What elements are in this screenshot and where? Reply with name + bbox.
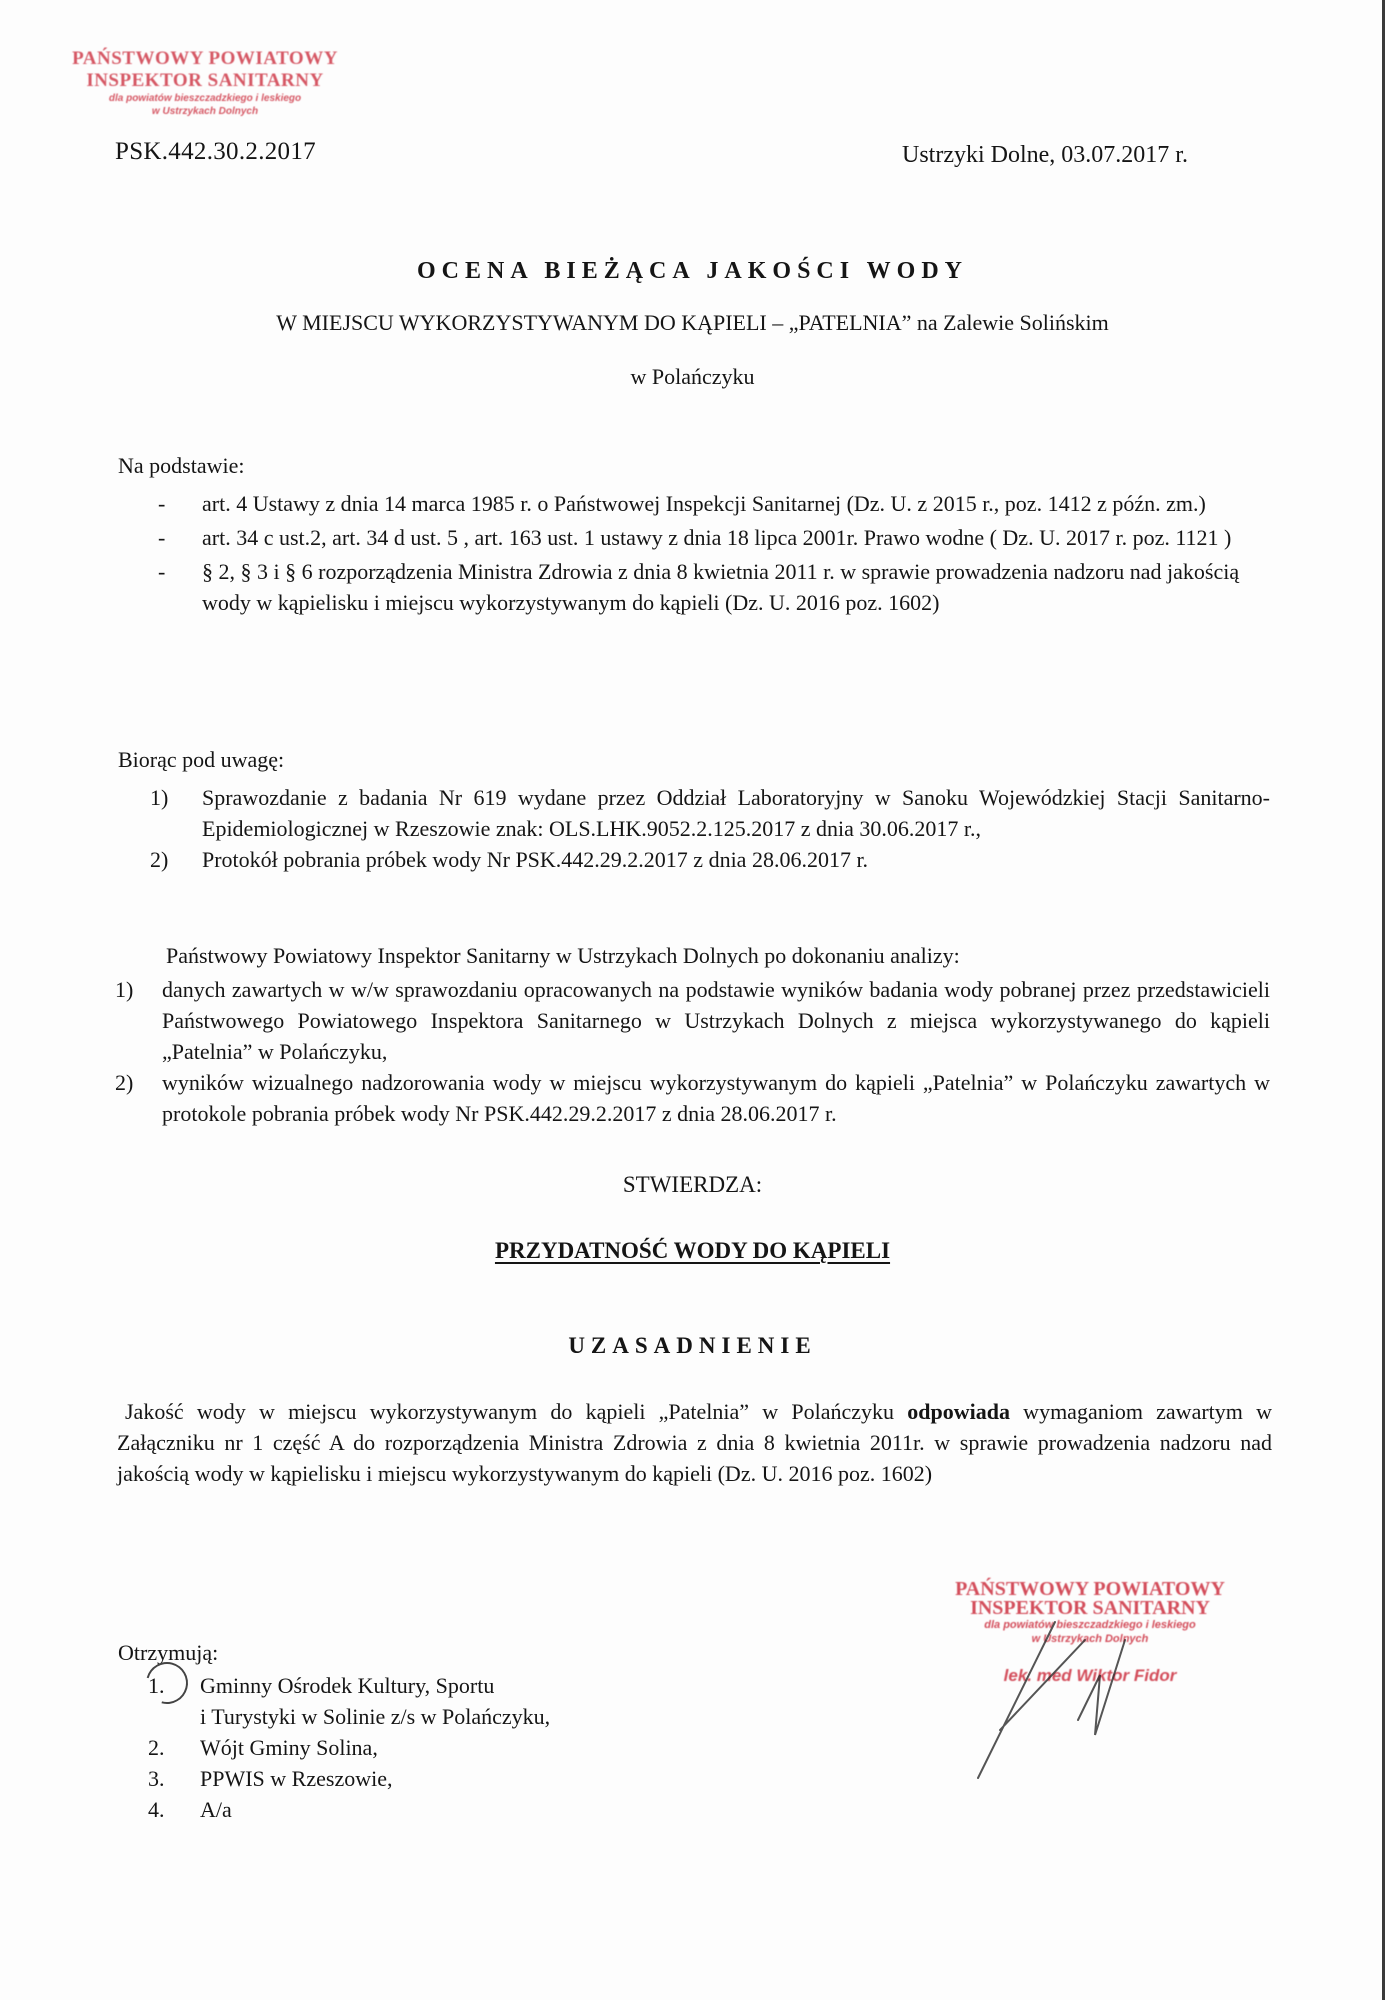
bullet-marker: - (158, 488, 165, 519)
basis-item: -art. 34 c ust.2, art. 34 d ust. 5 , art… (150, 522, 1270, 553)
verdict-emphasis: odpowiada (907, 1399, 1010, 1424)
basis-item: -art. 4 Ustawy z dnia 14 marca 1985 r. o… (150, 488, 1270, 519)
stamp-line: dla powiatów bieszczadzkiego i leskiego (50, 92, 360, 106)
basis-list: -art. 4 Ustawy z dnia 14 marca 1985 r. o… (150, 488, 1270, 621)
stamp-line: PAŃSTWOWY POWIATOWY (50, 48, 360, 70)
verdict: PRZYDATNOŚĆ WODY DO KĄPIELI (0, 1238, 1385, 1264)
analysis-intro: Państwowy Powiatowy Inspektor Sanitarny … (166, 940, 960, 971)
analysis-item: 2)wyników wizualnego nadzorowania wody w… (115, 1067, 1270, 1129)
analysis-list: 1)danych zawartych w w/w sprawozdaniu op… (115, 974, 1270, 1129)
stamp-line: INSPEKTOR SANITARNY (50, 70, 360, 92)
justification-text: Jakość wody w miejscu wykorzystywanym do… (117, 1396, 1272, 1489)
finding-label: STWIERDZA: (0, 1172, 1385, 1198)
consideration-heading: Biorąc pod uwagę: (118, 744, 284, 775)
recipients-list: 1.Gminny Ośrodek Kultury, Sportui Turyst… (148, 1670, 550, 1825)
recipient-item: 2.Wójt Gminy Solina, (148, 1732, 550, 1763)
recipient-item: 1.Gminny Ośrodek Kultury, Sportui Turyst… (148, 1670, 550, 1732)
recipient-item: 3.PPWIS w Rzeszowie, (148, 1763, 550, 1794)
header-stamp: PAŃSTWOWY POWIATOWY INSPEKTOR SANITARNY … (50, 48, 360, 118)
analysis-item: 1)danych zawartych w w/w sprawozdaniu op… (115, 974, 1270, 1067)
document-subtitle: W MIEJSCU WYKORZYSTYWANYM DO KĄPIELI – „… (0, 310, 1385, 336)
document-subtitle-location: w Polańczyku (0, 364, 1385, 390)
consideration-list: 1)Sprawozdanie z badania Nr 619 wydane p… (150, 782, 1270, 875)
basis-item: -§ 2, § 3 i § 6 rozporządzenia Ministra … (150, 556, 1270, 618)
recipient-item: 4.A/a (148, 1794, 550, 1825)
document-title: OCENA BIEŻĄCA JAKOŚCI WODY (0, 258, 1385, 285)
consideration-item: 2)Protokół pobrania próbek wody Nr PSK.4… (150, 844, 1270, 875)
bullet-marker: - (158, 522, 165, 553)
document-page: PAŃSTWOWY POWIATOWY INSPEKTOR SANITARNY … (0, 0, 1385, 2000)
handwritten-signature (960, 1600, 1160, 1780)
basis-heading: Na podstawie: (118, 450, 244, 481)
place-date: Ustrzyki Dolne, 03.07.2017 r. (902, 142, 1188, 169)
reference-number: PSK.442.30.2.2017 (115, 138, 316, 166)
justification-heading: UZASADNIENIE (0, 1333, 1385, 1359)
consideration-item: 1)Sprawozdanie z badania Nr 619 wydane p… (150, 782, 1270, 844)
stamp-line: w Ustrzykach Dolnych (50, 106, 360, 118)
bullet-marker: - (158, 556, 165, 587)
